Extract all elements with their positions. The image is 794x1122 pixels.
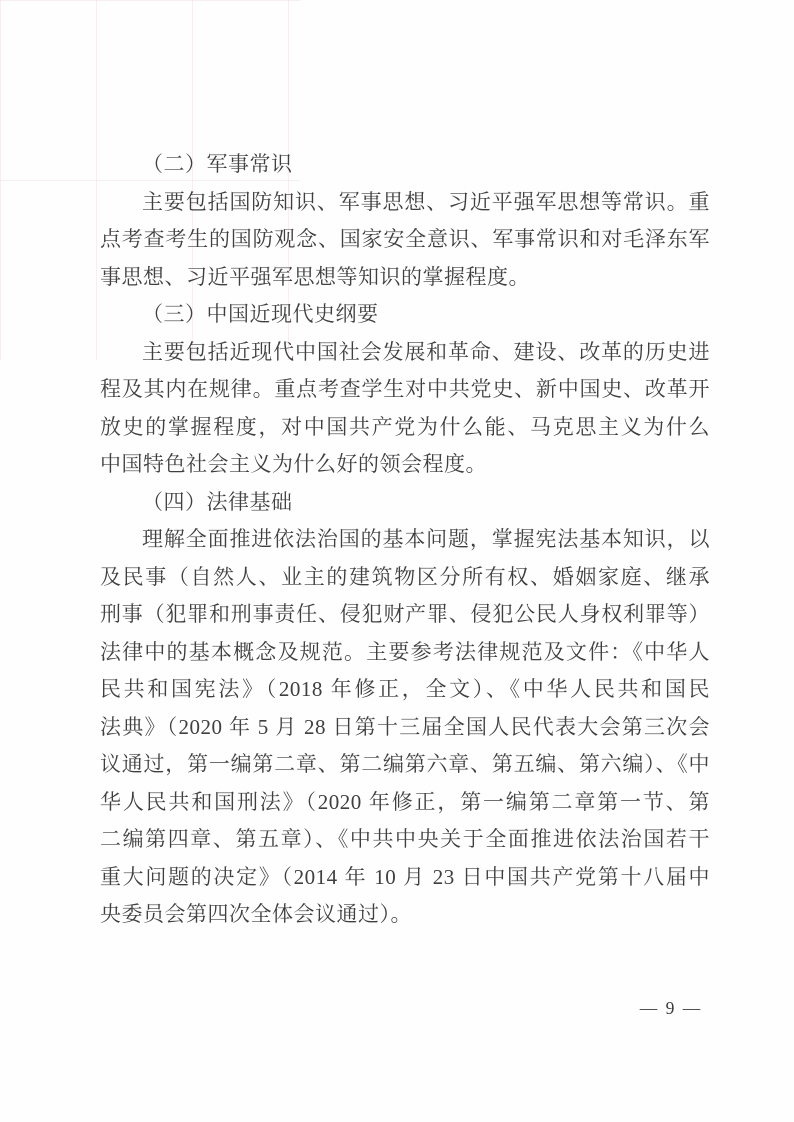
section-military-knowledge: （二）军事常识 主要包括国防知识、军事思想、习近平强军思想等常识。重 点考查考生… xyxy=(100,146,710,296)
text-line: 主要包括国防知识、军事思想、习近平强军思想等常识。重 xyxy=(100,184,710,222)
text-line: 主要包括近现代中国社会发展和革命、建设、改革的历史进 xyxy=(100,334,710,372)
text-line: 点考查考生的国防观念、国家安全意识、军事常识和对毛泽东军 xyxy=(100,221,710,259)
text-line: 华人民共和国刑法》（2020 年修正，第一编第二章第一节、第 xyxy=(100,784,710,822)
page-number: — 9 — xyxy=(626,998,716,1019)
section-legal-basics: （四）法律基础 理解全面推进依法治国的基本问题，掌握宪法基本知识，以 及民事（自… xyxy=(100,484,710,934)
text-line: 法律中的基本概念及规范。主要参考法律规范及文件：《中华人 xyxy=(100,634,710,672)
text-line: 事思想、习近平强军思想等知识的掌握程度。 xyxy=(100,259,710,297)
section-heading: （三）中国近现代史纲要 xyxy=(100,296,710,334)
text-line: 法典》（2020 年 5 月 28 日第十三届全国人民代表大会第三次会 xyxy=(100,709,710,747)
text-line: 及民事（自然人、业主的建筑物区分所有权、婚姻家庭、继承等）、 xyxy=(100,559,710,597)
section-modern-chinese-history: （三）中国近现代史纲要 主要包括近现代中国社会发展和革命、建设、改革的历史进 程… xyxy=(100,296,710,484)
text-line: 理解全面推进依法治国的基本问题，掌握宪法基本知识，以 xyxy=(100,521,710,559)
text-line: 民共和国宪法》（2018 年修正，全文）、《中华人民共和国民 xyxy=(100,671,710,709)
document-page: （二）军事常识 主要包括国防知识、军事思想、习近平强军思想等常识。重 点考查考生… xyxy=(0,0,794,1122)
text-line: 央委员会第四次全体会议通过）。 xyxy=(100,896,710,934)
text-line: 二编第四章、第五章）、《中共中央关于全面推进依法治国若干 xyxy=(100,821,710,859)
text-line: 重大问题的决定》（2014 年 10 月 23 日中国共产党第十八届中 xyxy=(100,859,710,897)
text-line: 刑事（犯罪和刑事责任、侵犯财产罪、侵犯公民人身权利罪等） xyxy=(100,596,710,634)
section-heading: （二）军事常识 xyxy=(100,146,710,184)
text-line: 议通过，第一编第二章、第二编第六章、第五编、第六编）、《中 xyxy=(100,746,710,784)
text-line: 放史的掌握程度，对中国共产党为什么能、马克思主义为什么行、 xyxy=(100,409,710,447)
section-heading: （四）法律基础 xyxy=(100,484,710,522)
text-line: 中国特色社会主义为什么好的领会程度。 xyxy=(100,446,710,484)
text-line: 程及其内在规律。重点考查学生对中共党史、新中国史、改革开 xyxy=(100,371,710,409)
page-content: （二）军事常识 主要包括国防知识、军事思想、习近平强军思想等常识。重 点考查考生… xyxy=(100,146,710,934)
